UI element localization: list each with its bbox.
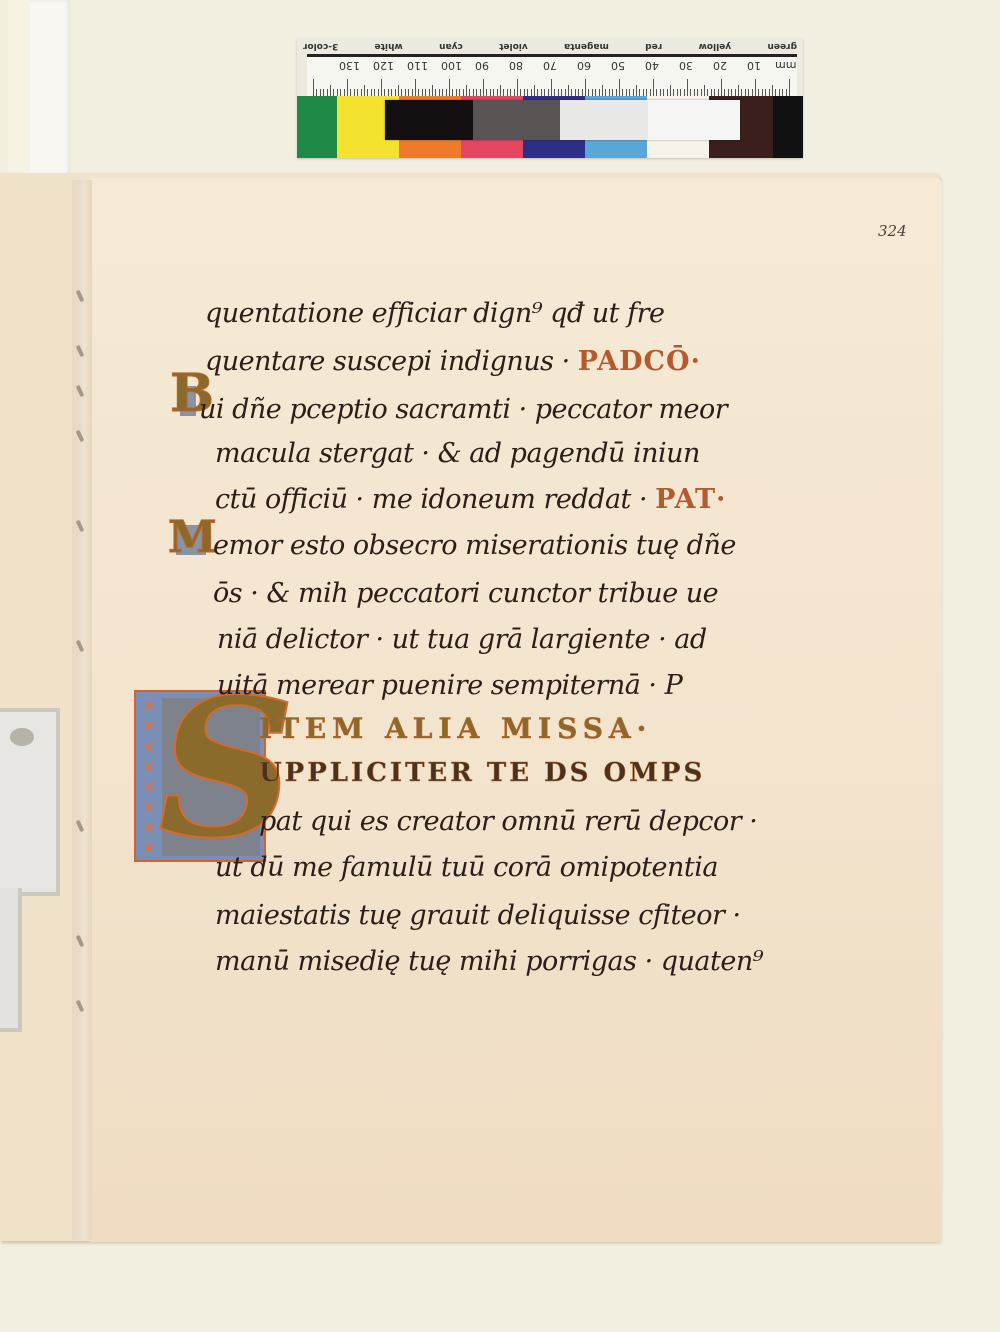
chart-labels: green yellow red magenta violet cyan whi… xyxy=(297,38,803,54)
ruler-number: 40 xyxy=(645,59,659,72)
rubric: PAT· xyxy=(655,484,726,515)
ruler-number: 10 xyxy=(747,59,761,72)
text-line: uitā merear puenire sempiternā · P xyxy=(217,670,682,701)
ruler-tick xyxy=(721,79,722,97)
chart-label: yellow xyxy=(699,41,732,51)
text-line: ut dū me famulū tuū corā omipotentia xyxy=(215,852,718,883)
ruler-tick xyxy=(517,79,518,97)
ruler-number: 110 xyxy=(407,59,428,72)
text-line: quentare suscepi indignus · PADCŌ· xyxy=(205,346,701,377)
line-text: ui dñe pceptio sacramti · peccator meor xyxy=(199,394,727,425)
binding-strip-inner xyxy=(30,0,70,180)
text-line: ōs · & mih peccatori cunctor tribue ue xyxy=(213,578,718,609)
text-line: ctū officiū · me idoneum reddat · PAT· xyxy=(215,484,726,515)
line-text: ut dū me famulū tuū corā omipotentia xyxy=(215,852,718,883)
left-page-edge xyxy=(0,173,80,1241)
initial-m: M xyxy=(168,514,217,562)
tab-insert xyxy=(0,708,60,896)
text-line: maiestatis tuę grauit deliquisse cfiteor… xyxy=(215,900,741,931)
text-line: macula stergat · & ad pagendū iniun xyxy=(215,438,700,469)
tab-insert-lower xyxy=(0,888,22,1032)
binding-strip xyxy=(8,0,31,180)
ruler-tick xyxy=(687,79,688,97)
chart-label: cyan xyxy=(439,41,463,51)
ruler-number: 130 xyxy=(339,59,360,72)
line-text: pat qui es creator omnū rerū depcor · xyxy=(259,806,757,837)
line-text: ctū officiū · me idoneum reddat · xyxy=(215,484,647,515)
ruler-tick xyxy=(347,79,348,97)
ruler-number: 80 xyxy=(509,59,523,72)
text-line: ui dñe pceptio sacramti · peccator meor xyxy=(199,394,727,425)
chart-label: magenta xyxy=(564,41,609,51)
decorated-initial-s: ✕✕✕✕✕✕✕✕ S xyxy=(134,690,266,862)
ruler-tick xyxy=(449,79,450,97)
line-text: emor esto obsecro miserationis tuę dñe xyxy=(213,530,736,561)
rubric: PADCŌ· xyxy=(578,346,701,377)
text-line: quentatione efficiar dign⁹ qđ ut fre xyxy=(205,298,664,329)
ruler-tick xyxy=(483,79,484,97)
folio-number: 324 xyxy=(878,222,907,240)
gray-swatches xyxy=(385,100,740,140)
ruler-tick xyxy=(415,79,416,97)
gray-swatch xyxy=(385,100,473,140)
ruler-number: 120 xyxy=(373,59,394,72)
chart-label: 3-color xyxy=(303,41,338,51)
text-line: pat qui es creator omnū rerū depcor · xyxy=(259,806,757,837)
ruler-number: 20 xyxy=(713,59,727,72)
ruler-tick xyxy=(653,79,654,97)
text-line: emor esto obsecro miserationis tuę dñe xyxy=(213,530,736,561)
gray-swatch xyxy=(648,100,740,140)
initial-border-ornament: ✕✕✕✕✕✕✕✕ xyxy=(140,698,158,856)
gray-swatch xyxy=(473,100,560,140)
line-text: uitā merear puenire sempiternā · P xyxy=(217,670,682,701)
ruler-number: 50 xyxy=(611,59,625,72)
line-text: niā delictor · ut tua grā largiente · ad xyxy=(217,624,707,655)
text-line: niā delictor · ut tua grā largiente · ad xyxy=(217,624,707,655)
ruler-tick xyxy=(313,79,314,97)
color-swatch xyxy=(773,96,803,158)
mm-ruler: 102030405060708090100110120130mm xyxy=(307,54,797,97)
ruler-tick xyxy=(585,79,586,97)
chart-label: violet xyxy=(499,41,528,51)
ruler-number: 60 xyxy=(577,59,591,72)
line-text: ōs · & mih peccatori cunctor tribue ue xyxy=(213,578,718,609)
line-text: quentare suscepi indignus · xyxy=(205,346,570,377)
line-text: manū misedię tuę mihi porrigas · quaten⁹ xyxy=(215,946,763,977)
color-calibration-chart: green yellow red magenta violet cyan whi… xyxy=(297,38,803,158)
chart-label: red xyxy=(645,41,662,51)
line-text: macula stergat · & ad pagendū iniun xyxy=(215,438,700,469)
gutter xyxy=(72,180,92,1240)
ruler-tick xyxy=(755,79,756,97)
line-text: quentatione efficiar dign⁹ qđ ut fre xyxy=(205,298,664,329)
ruler-number: 70 xyxy=(543,59,557,72)
gray-swatch xyxy=(560,100,648,140)
ruler-tick xyxy=(551,79,552,97)
ruler-tick xyxy=(381,79,382,97)
stain xyxy=(10,728,34,746)
text-line: manū misedię tuę mihi porrigas · quaten⁹ xyxy=(215,946,763,977)
line-text: maiestatis tuę grauit deliquisse cfiteor… xyxy=(215,900,741,931)
ruler-tick xyxy=(789,79,790,97)
ruler-number: 90 xyxy=(475,59,489,72)
ruler-unit: mm xyxy=(775,59,796,72)
display-capitals: UPPLICITER TE DS OMPS xyxy=(259,758,705,788)
ruler-tick xyxy=(619,79,620,97)
rubric-heading: ITEM ALIA MISSA· xyxy=(259,712,652,745)
ruler-number: 100 xyxy=(441,59,462,72)
chart-label: green xyxy=(768,41,798,51)
chart-label: white xyxy=(375,41,403,51)
ruler-number: 30 xyxy=(679,59,693,72)
color-swatch xyxy=(297,96,337,158)
